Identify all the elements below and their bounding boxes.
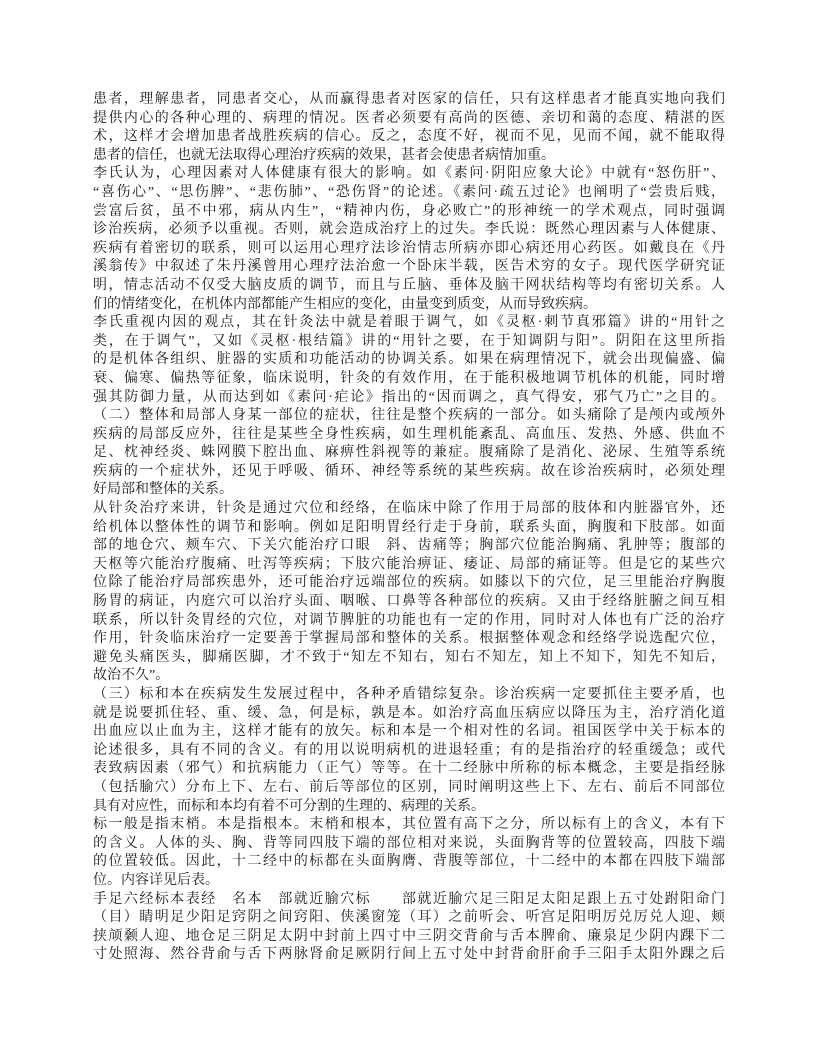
text-line: 李氏认为，心理因素对人体健康有很大的影响。如《素问·阴阳应象大论》中就有“怒伤肝…	[93, 165, 725, 184]
text-line: 避免头痛医头，脚痛医脚，才不致于“知左不知右，知右不知左，知上不知下，知先不知后…	[93, 649, 725, 668]
text-line: “喜伤心”、“思伤脾”、“悲伤肺”、“恐伤肾”的论述。《素问·疏五过论》也阐明了…	[93, 184, 725, 203]
text-line: 疾病的局部反应外，往往是某些全身性疾病，如生理机能紊乱、高血压、发热、外感、供血…	[93, 426, 725, 445]
text-line: 具有对应性，而标和本均有着不可分割的生理的、病理的关系。	[93, 798, 725, 817]
text-line: 位除了能治疗局部疾患外，还可能治疗远端部位的疾病。如膝以下的穴位，足三里能治疗胸…	[93, 574, 725, 593]
text-line: 挟颃颡人迎、地仓足三阴足太阴中封前上四寸中三阴交背俞与舌本脾俞、廉泉足少阴内踝下…	[93, 928, 725, 947]
text-line: 的含义。人体的头、胸、背等同四肢下端的部位相对来说，头面胸背等的位置较高，四肢下…	[93, 835, 725, 854]
text-line: 标一般是指末梢。本是指根本。末梢和根本，其位置有高下之分，所以标有上的含义，本有…	[93, 816, 725, 835]
text-line: 疾病有着密切的联系，则可以运用心理疗法诊治情志所病亦即心病还用心药医。如戴良在《…	[93, 240, 725, 259]
text-line: 天枢等穴能治疗腹痛、吐泻等疾病；下肢穴能治痹证、痿证、局部的痛证等。但是它的某些…	[93, 556, 725, 575]
text-line: 明，情志活动不仅受大脑皮质的调节，而且与丘脑、垂体及脑干网状结构等均有密切关系。…	[93, 277, 725, 296]
text-line: 给机体以整体性的调节和影响。例如足阳明胃经行走于身前，联系头面，胸腹和下肢部。如…	[93, 519, 725, 538]
text-line: 位。内容详见后表。	[93, 872, 725, 891]
text-line: 尝富后贫，虽不中邪，病从内生”，“精神内伤，身必败亡”的形神统一的学术观点，同时…	[93, 203, 725, 222]
text-line: 李氏重视内因的观点，其在针灸法中就是着眼于调气，如《灵枢·刺节真邪篇》讲的“用针…	[93, 314, 725, 333]
text-line: 强其防御力量，从而达到如《素问·疟论》指出的“因而调之，真气得安，邪气乃亡”之目…	[93, 389, 725, 408]
text-line: 足、枕神经炎、蛛网膜下腔出血、麻痹性斜视等的兼症。腹痛除了是消化、泌尿、生殖等系…	[93, 444, 725, 463]
text-line: 好局部和整体的关系。	[93, 481, 725, 500]
text-line: 术，这样才会增加患者战胜疾病的信心。反之，态度不好，视而不见，见而不闻，就不能取…	[93, 128, 725, 147]
text-block: 患者，理解患者，同患者交心，从而赢得患者对医家的信任，只有这样患者才能真实地向我…	[93, 91, 725, 965]
text-line: 类，在于调气”，又如《灵枢·根结篇》讲的“用针之要，在于知调阴与阳”。阴阳在这里…	[93, 333, 725, 352]
document-page: 患者，理解患者，同患者交心，从而赢得患者对医家的信任，只有这样患者才能真实地向我…	[0, 0, 816, 1056]
text-line: 的位置较低。因此，十二经中的标都在头面胸膺、背腹等部位，十二经中的本都在四肢下端…	[93, 853, 725, 872]
text-line: 的是机体各组织、脏器的实质和功能活动的协调关系。如果在病理情况下，就会出现偏盛、…	[93, 351, 725, 370]
text-line: （目）睛明足少阳足窍阴之间窍阳、侠溪窗笼（耳）之前听会、听宫足阳明厉兑厉兑人迎、…	[93, 909, 725, 928]
text-line: 溪翁传》中叙述了朱丹溪曾用心理疗法治愈一个卧床半载，医告术穷的女子。现代医学研究…	[93, 258, 725, 277]
text-line: 出血应以止血为主，这样才能有的放矢。标和本是一个相对性的名词。祖国医学中关于标本…	[93, 723, 725, 742]
text-line: （三）标和本在疾病发生发展过程中，各种矛盾错综复杂。诊治疾病一定要抓住主要矛盾，…	[93, 686, 725, 705]
text-line: 患者，理解患者，同患者交心，从而赢得患者对医家的信任，只有这样患者才能真实地向我…	[93, 91, 725, 110]
text-line: 寸处照海、然谷背俞与舌下两脉肾俞足厥阴行间上五寸处中封背俞肝俞手三阳手太阳外踝之…	[93, 946, 725, 965]
text-line: 故治不久”。	[93, 667, 725, 686]
text-line: 提供内心的各种心理的、病理的情况。医者必须要有高尚的医德、亲切和蔼的态度、精湛的…	[93, 110, 725, 129]
text-line: 诊治疾病，必须予以重视。否则，就会造成治疗上的过失。李氏说：既然心理因素与人体健…	[93, 221, 725, 240]
text-line: 肠胃的病证，内庭穴可以治疗头面、咽喉、口鼻等各种部位的疾病。又由于经络脏腑之间互…	[93, 593, 725, 612]
text-line: 部的地仓穴、颊车穴、下关穴能治疗口眼 斜、齿痛等；胸部穴位能治胸痛、乳肿等；腹部…	[93, 537, 725, 556]
text-line: 作用，针灸临床治疗一定要善于掌握局部和整体的关系。根据整体观念和经络学说选配穴位…	[93, 630, 725, 649]
text-line: （包括腧穴）分布上下、左右、前后等部位的区别，同时阐明这些上下、左右、前后不同部…	[93, 779, 725, 798]
text-line: 疾病的一个症状外，还见于呼吸、循环、神经等系统的某些疾病。故在诊治疾病时，必须处…	[93, 463, 725, 482]
text-line: 从针灸治疗来讲，针灸是通过穴位和经络，在临床中除了作用于局部的肢体和内脏器官外，…	[93, 500, 725, 519]
text-line: 表致病因素（邪气）和抗病能力（正气）等等。在十二经脉中所称的标本概念，主要是指经…	[93, 760, 725, 779]
text-line: 论述很多，具有不同的含义。有的用以说明病机的进退轻重；有的是指治疗的轻重缓急；或…	[93, 742, 725, 761]
text-line: 手足六经标本表经 名本 部就近腧穴标 部就近腧穴足三阳足太阳足跟上五寸处跗阳命门	[93, 891, 725, 910]
text-line: 患者的信任，也就无法取得心理治疗疾病的效果，甚者会使患者病情加重。	[93, 147, 725, 166]
text-line: 衰、偏寒、偏热等征象，临床说明，针灸的有效作用，在于能积极地调节机体的机能，同时…	[93, 370, 725, 389]
text-line: 就是说要抓住轻、重、缓、急，何是标，孰是本。如治疗高血压病应以降压为主，治疗消化…	[93, 705, 725, 724]
text-line: （二）整体和局部人身某一部位的症状，往往是整个疾病的一部分。如头痛除了是颅内或颅…	[93, 407, 725, 426]
text-line: 们的情绪变化，在机体内部都能产生相应的变化，由量变到质变，从而导致疾病。	[93, 296, 725, 315]
text-line: 联系，所以针灸胃经的穴位，对调节脾脏的功能也有一定的作用，同时对人体也有广泛的治…	[93, 612, 725, 631]
